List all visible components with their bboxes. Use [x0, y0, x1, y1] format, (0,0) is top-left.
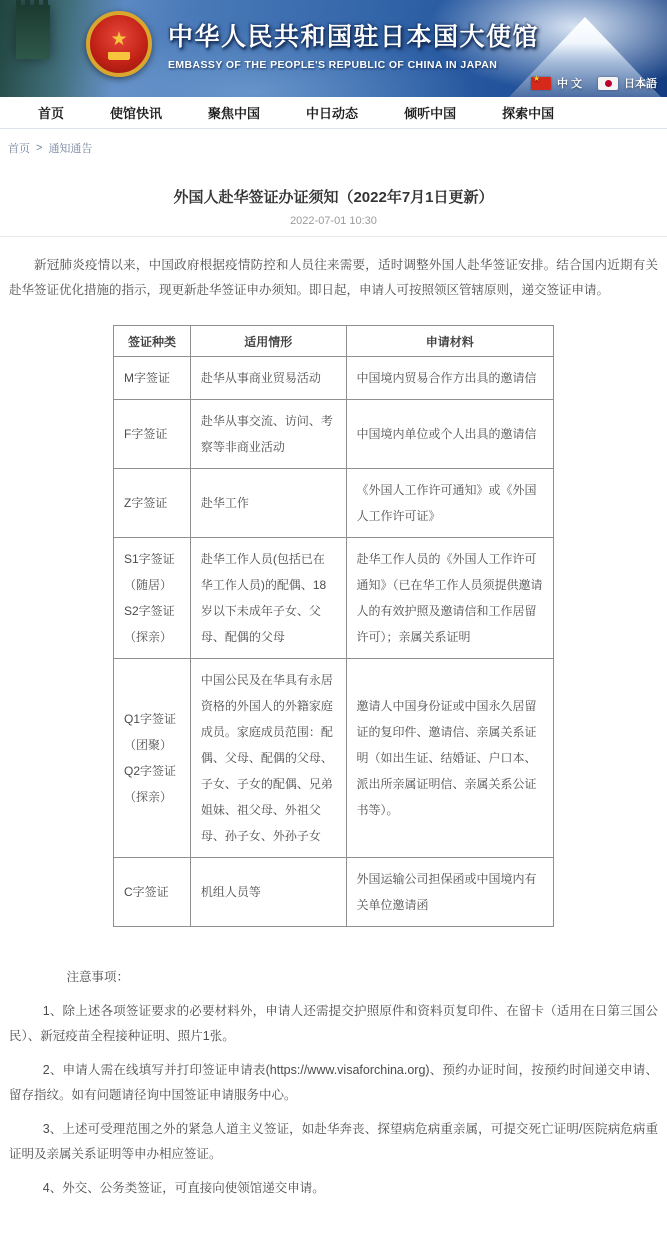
language-switcher: 中 文 日本語	[531, 75, 657, 91]
national-emblem-icon: ★	[86, 11, 152, 77]
embassy-subtitle-en: EMBASSY OF THE PEOPLE'S REPUBLIC OF CHIN…	[168, 59, 539, 71]
note-item-2: 2、申请人需在线填写并打印签证申请表(https://www.visaforch…	[9, 1058, 658, 1108]
header-materials: 申请材料	[346, 326, 553, 357]
visa-type-cell: F字签证	[114, 400, 191, 469]
nav-item-embassy-news[interactable]: 使馆快讯	[110, 103, 162, 122]
materials-cell: 外国运输公司担保函或中国境内有关单位邀请函	[346, 858, 553, 927]
visa-type-cell: C字签证	[114, 858, 191, 927]
breadcrumb-separator: >	[36, 142, 42, 154]
materials-cell: 邀请人中国身份证或中国永久居留证的复印件、邀请信、亲属关系证明（如出生证、结婚证…	[346, 659, 553, 858]
scenario-cell: 机组人员等	[190, 858, 346, 927]
materials-cell: 中国境内单位或个人出具的邀请信	[346, 400, 553, 469]
scenario-cell: 赴华工作	[190, 469, 346, 538]
visa-type-line: （团聚）	[124, 732, 180, 758]
page: ★ 中华人民共和国驻日本国大使馆 EMBASSY OF THE PEOPLE'S…	[0, 0, 667, 1240]
visa-type-line: （探亲）	[124, 784, 180, 810]
article-intro: 新冠肺炎疫情以来，中国政府根据疫情防控和人员往来需要，适时调整外国人赴华签证安排…	[0, 253, 667, 303]
banner-text: 中华人民共和国驻日本国大使馆 EMBASSY OF THE PEOPLE'S R…	[168, 17, 539, 71]
note-item-4: 4、外交、公务类签证，可直接向使领馆递交申请。	[9, 1176, 658, 1201]
lang-zh-label: 中 文	[557, 75, 582, 91]
visa-type-cell: S1字签证 （随居） S2字签证 （探亲）	[114, 538, 191, 659]
lang-switch-ja[interactable]: 日本語	[598, 75, 657, 91]
visa-type-line: （探亲）	[124, 624, 180, 650]
table-row: S1字签证 （随居） S2字签证 （探亲） 赴华工作人员(包括已在华工作人员)的…	[114, 538, 554, 659]
materials-cell: 赴华工作人员的《外国人工作许可通知》（已在华工作人员须提供邀请人的有效护照及邀请…	[346, 538, 553, 659]
title-divider	[0, 236, 667, 237]
emblem-gate-icon	[108, 52, 130, 59]
table-header-row: 签证种类 适用情形 申请材料	[114, 326, 554, 357]
table-row: Q1字签证 （团聚） Q2字签证 （探亲） 中国公民及在华具有永居资格的外国人的…	[114, 659, 554, 858]
visa-table: 签证种类 适用情形 申请材料 M字签证 赴华从事商业贸易活动 中国境内贸易合作方…	[113, 325, 554, 927]
table-row: M字签证 赴华从事商业贸易活动 中国境内贸易合作方出具的邀请信	[114, 357, 554, 400]
scenario-cell: 赴华从事商业贸易活动	[190, 357, 346, 400]
breadcrumb-home-link[interactable]: 首页	[8, 140, 30, 156]
table-row: Z字签证 赴华工作 《外国人工作许可通知》或《外国人工作许可证》	[114, 469, 554, 538]
breadcrumb: 首页 > 通知通告	[0, 129, 667, 160]
scenario-cell: 赴华工作人员(包括已在华工作人员)的配偶、18岁以下未成年子女、父母、配偶的父母	[190, 538, 346, 659]
china-flag-icon	[531, 77, 551, 90]
great-wall-tower-image	[16, 5, 50, 59]
embassy-title: 中华人民共和国驻日本国大使馆	[168, 17, 539, 53]
lang-switch-zh[interactable]: 中 文	[531, 75, 582, 91]
visa-type-line: Q1字签证	[124, 706, 180, 732]
main-nav: 首页 使馆快讯 聚焦中国 中日动态 倾听中国 探索中国	[0, 97, 667, 129]
visa-type-line: （随居）	[124, 572, 180, 598]
visa-type-cell: Z字签证	[114, 469, 191, 538]
materials-cell: 《外国人工作许可通知》或《外国人工作许可证》	[346, 469, 553, 538]
page-title: 外国人赴华签证办证须知（2022年7月1日更新）	[0, 186, 667, 207]
embassy-banner: ★ 中华人民共和国驻日本国大使馆 EMBASSY OF THE PEOPLE'S…	[0, 0, 667, 97]
nav-item-explore-china[interactable]: 探索中国	[502, 103, 554, 122]
visa-type-cell: M字签证	[114, 357, 191, 400]
note-item-1: 1、除上述各项签证要求的必要材料外，申请人还需提交护照原件和资料页复印件、在留卡…	[9, 999, 658, 1049]
materials-cell: 中国境内贸易合作方出具的邀请信	[346, 357, 553, 400]
scenario-cell: 中国公民及在华具有永居资格的外国人的外籍家庭成员。家庭成员范围：配偶、父母、配偶…	[190, 659, 346, 858]
nav-item-listen-china[interactable]: 倾听中国	[404, 103, 456, 122]
breadcrumb-current: 通知通告	[48, 140, 92, 156]
nav-item-home[interactable]: 首页	[38, 103, 64, 122]
table-row: C字签证 机组人员等 外国运输公司担保函或中国境内有关单位邀请函	[114, 858, 554, 927]
visa-type-line: S2字签证	[124, 598, 180, 624]
lang-ja-label: 日本語	[624, 75, 657, 91]
article-date: 2022-07-01 10:30	[0, 215, 667, 227]
note-item-3: 3、上述可受理范围之外的紧急人道主义签证，如赴华奔丧、探望病危病重亲属，可提交死…	[9, 1117, 658, 1167]
nav-item-focus-china[interactable]: 聚焦中国	[208, 103, 260, 122]
table-row: F字签证 赴华从事交流、访问、考察等非商业活动 中国境内单位或个人出具的邀请信	[114, 400, 554, 469]
notes-section: 注意事项： 1、除上述各项签证要求的必要材料外，申请人还需提交护照原件和资料页复…	[0, 955, 667, 1240]
header-scenario: 适用情形	[190, 326, 346, 357]
japan-flag-icon	[598, 77, 618, 90]
nav-item-china-japan-news[interactable]: 中日动态	[306, 103, 358, 122]
visa-type-line: Q2字签证	[124, 758, 180, 784]
emblem-star-icon: ★	[110, 30, 127, 49]
visa-type-line: S1字签证	[124, 546, 180, 572]
notes-title: 注意事项：	[9, 965, 658, 990]
header-visa-type: 签证种类	[114, 326, 191, 357]
scenario-cell: 赴华从事交流、访问、考察等非商业活动	[190, 400, 346, 469]
visa-type-cell: Q1字签证 （团聚） Q2字签证 （探亲）	[114, 659, 191, 858]
